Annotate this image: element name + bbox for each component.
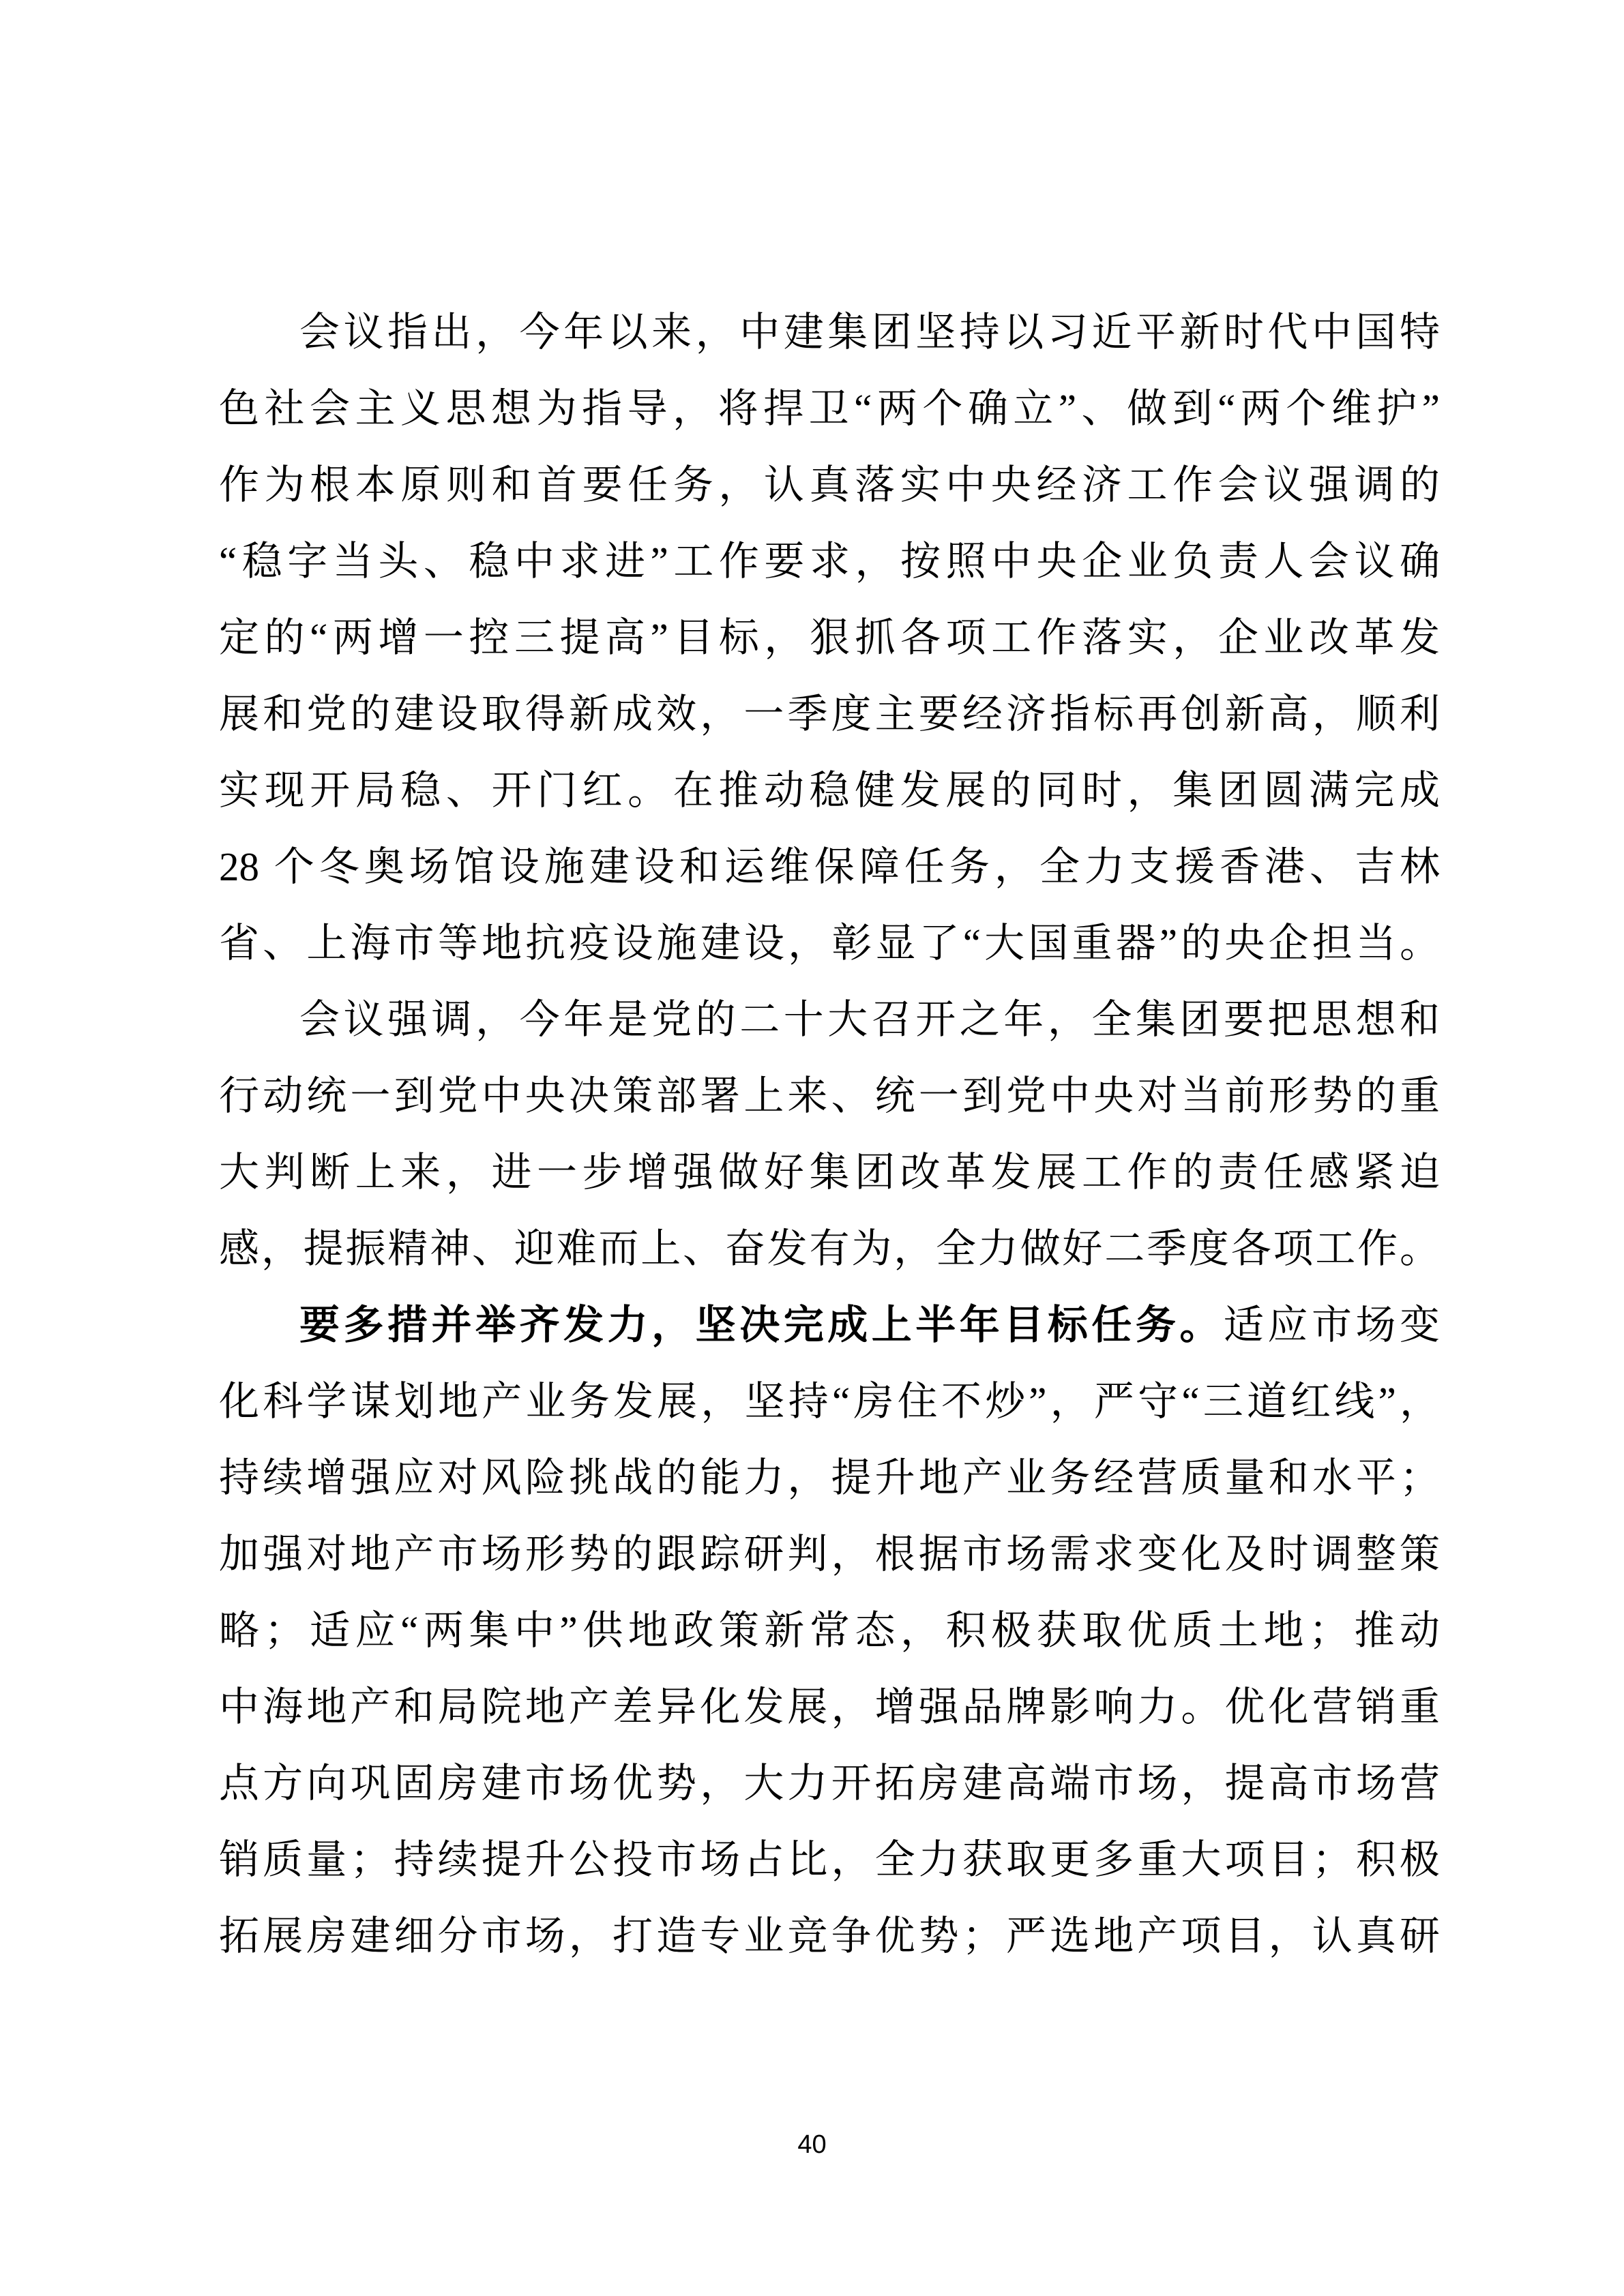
document-body: 会议指出，今年以来，中建集团坚持以习近平新时代中国特 色社会主义思想为指导，将捍… — [219, 294, 1440, 1974]
text-line: 28 个冬奥场馆设施建设和运维保障任务，全力支援香港、吉林 — [219, 829, 1440, 905]
text-line: 展和党的建设取得新成效，一季度主要经济指标再创新高，顺利 — [219, 676, 1440, 752]
text-line: 要多措并举齐发力，坚决完成上半年目标任务。适应市场变 — [219, 1287, 1440, 1363]
text-line: 省、上海市等地抗疫设施建设，彰显了“大国重器”的央企担当。 — [219, 905, 1440, 981]
text-line: 作为根本原则和首要任务，认真落实中央经济工作会议强调的 — [219, 447, 1440, 523]
text-line: 定的“两增一控三提高”目标，狠抓各项工作落实，企业改革发 — [219, 599, 1440, 676]
text-line: 加强对地产市场形势的跟踪研判，根据市场需求变化及时调整策 — [219, 1516, 1440, 1592]
text-line: 中海地产和局院地产差异化发展，增强品牌影响力。优化营销重 — [219, 1669, 1440, 1745]
text-line: “稳字当头、稳中求进”工作要求，按照中央企业负责人会议确 — [219, 523, 1440, 599]
text-line: 色社会主义思想为指导，将捍卫“两个确立”、做到“两个维护” — [219, 370, 1440, 447]
text-line: 点方向巩固房建市场优势，大力开拓房建高端市场，提高市场营 — [219, 1745, 1440, 1821]
text-line: 实现开局稳、开门红。在推动稳健发展的同时，集团圆满完成 — [219, 752, 1440, 829]
text-line: 行动统一到党中央决策部署上来、统一到党中央对当前形势的重 — [219, 1058, 1440, 1134]
document-page: 会议指出，今年以来，中建集团坚持以习近平新时代中国特 色社会主义思想为指导，将捍… — [0, 0, 1624, 2296]
bold-sentence: 要多措并举齐发力，坚决完成上半年目标任务。 — [299, 1302, 1224, 1347]
text-run: 适应市场变 — [1224, 1302, 1440, 1347]
text-line: 拓展房建细分市场，打造专业竞争优势；严选地产项目，认真研 — [219, 1898, 1440, 1974]
text-line: 会议强调，今年是党的二十大召开之年，全集团要把思想和 — [219, 981, 1440, 1058]
text-line: 会议指出，今年以来，中建集团坚持以习近平新时代中国特 — [219, 294, 1440, 370]
text-line: 略；适应“两集中”供地政策新常态，积极获取优质土地；推动 — [219, 1592, 1440, 1669]
page-number: 40 — [0, 2129, 1624, 2160]
text-line: 大判断上来，进一步增强做好集团改革发展工作的责任感紧迫 — [219, 1134, 1440, 1210]
text-line: 感，提振精神、迎难而上、奋发有为，全力做好二季度各项工作。 — [219, 1210, 1440, 1287]
text-line: 持续增强应对风险挑战的能力，提升地产业务经营质量和水平； — [219, 1440, 1440, 1516]
text-line: 化科学谋划地产业务发展，坚持“房住不炒”，严守“三道红线”， — [219, 1363, 1440, 1440]
text-line: 销质量；持续提升公投市场占比，全力获取更多重大项目；积极 — [219, 1821, 1440, 1898]
